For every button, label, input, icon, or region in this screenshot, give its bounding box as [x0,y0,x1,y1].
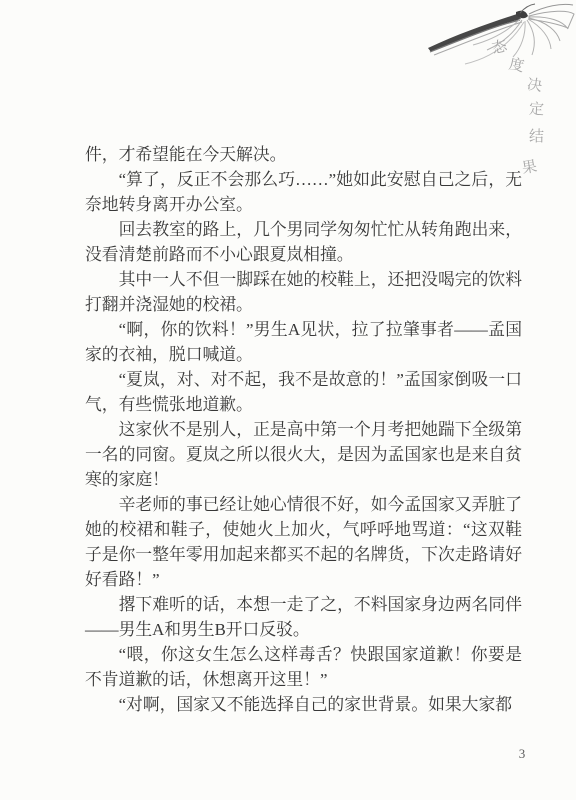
slogan-char: 果 [521,159,538,176]
paragraph: 其中一人不但一脚踩在她的校鞋上，还把没喝完的饮料打翻并浇湿她的校裙。 [85,267,522,317]
slogan-char: 定 [529,102,545,118]
paragraph: 回去教室的路上，几个男同学匆匆忙忙从转角跑出来，没看清楚前路而不小心跟夏岚相撞。 [85,217,522,267]
paragraph: “夏岚，对、对不起，我不是故意的！”孟国家倒吸一口气，有些慌张地道歉。 [85,367,522,417]
open-book-icon [425,0,575,70]
paragraph: “啊，你的饮料！”男生A见状，拉了拉肇事者——孟国家的衣袖，脱口喊道。 [85,317,522,367]
paragraph: “算了，反正不会那么巧……”她如此安慰自己之后，无奈地转身离开办公室。 [85,167,522,217]
paragraph: 撂下难听的话，本想一走了之，不料国家身边两名同伴——男生A和男生B开口反驳。 [85,592,522,642]
paragraph: “对啊，国家又不能选择自己的家世背景。如果大家都 [85,692,522,717]
book-page: 态 度 决 定 结 果 件，才希望能在今天解决。 “算了，反正不会那么巧……”她… [0,0,576,800]
body-text: 件，才希望能在今天解决。 “算了，反正不会那么巧……”她如此安慰自己之后，无奈地… [85,142,522,717]
paragraph: 这家伙不是别人，正是高中第一个月考把她踹下全级第一名的同窗。夏岚之所以很火大，是… [85,417,522,492]
paragraph: 辛老师的事已经让她心情很不好，如今孟国家又弄脏了她的校裙和鞋子，使她火上加火，气… [85,492,522,592]
slogan-char: 结 [529,129,544,144]
slogan-char: 态 [490,38,508,56]
page-number: 3 [512,746,532,762]
paragraph: “喂，你这女生怎么这样毒舌？快跟国家道歉！你要是不肯道歉的话，休想离开这里！” [85,642,522,692]
slogan-char: 度 [508,57,526,75]
paragraph: 件，才希望能在今天解决。 [85,142,522,167]
slogan-char: 决 [526,77,543,94]
